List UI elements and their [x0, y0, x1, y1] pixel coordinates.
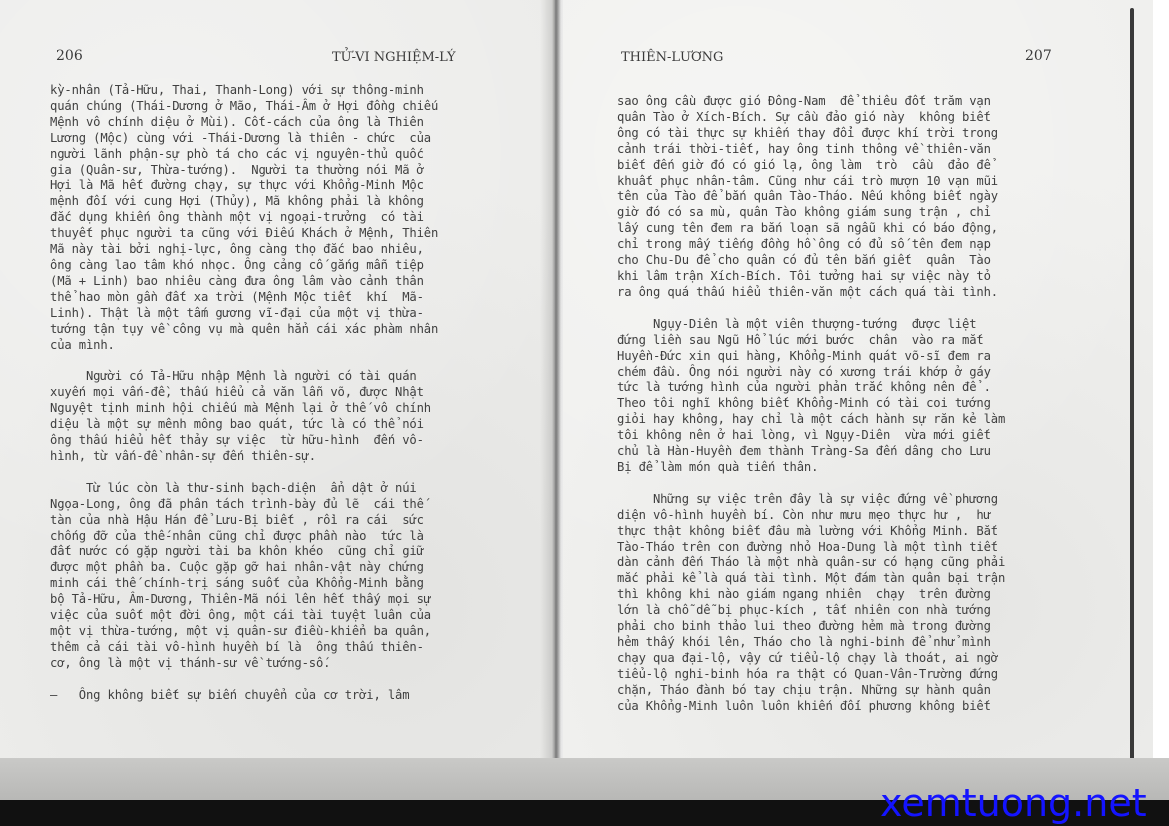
text-line: Tào-Tháo trên con đường nhỏ Hoa-Dung là … [617, 540, 1005, 556]
text-line: – Ông không biết sự biến chuyển của cơ t… [50, 688, 438, 704]
text-line: ra ông quá thấu hiểu thiên-văn một cách … [617, 285, 1005, 301]
text-line: tàn của nhà Hậu Hán để Lưu-Bị biết , rồi… [50, 513, 438, 529]
text-line: của mình. [50, 338, 438, 354]
text-line: đất nước có gặp người tài ba khôn khéo c… [50, 544, 438, 560]
text-line: chủ là Hàn-Huyền đem thành Tràng-Sa đến … [617, 444, 1005, 460]
text-line: thêm cả cái tài vô-hình huyền bí là ông … [50, 640, 438, 656]
text-line: khuất phục nhân-tâm. Cũng như cái trò mư… [617, 174, 1005, 190]
text-line: quân Tào ở Xích-Bích. Sự cầu đảo gió này… [617, 110, 1005, 126]
text-line: ông càng lao tâm khó nhọc. Ông cảng cố g… [50, 258, 438, 274]
text-line: việc của suốt một đời ông, một cái tài t… [50, 608, 438, 624]
text-line: chém đầu. Ông nói người này có xương trá… [617, 365, 1005, 381]
paragraph: Từ lúc còn là thư-sinh bạch-diện ẩn dật … [50, 481, 438, 672]
text-line: tên của Tào để bắn quân Tào-Tháo. Nếu kh… [617, 189, 1005, 205]
text-line: được một phần ba. Cuộc gặp gỡ hai nhân-v… [50, 560, 438, 576]
text-line: khi lâm trận Xích-Bích. Tôi tưởng hai sự… [617, 269, 1005, 285]
text-line: đắc dụng khiến ông thành một vị ngoại-tr… [50, 210, 438, 226]
right-page: THIÊN-LƯƠNG 207 sao ông cầu được gió Đôn… [563, 0, 1153, 758]
text-line: cảnh trái thời-tiết, hay ông tinh thông … [617, 142, 1005, 158]
text-line: hình, từ vấn-đề nhân-sự đến thiên-sự. [50, 449, 438, 465]
text-line: diện vô-hình huyền bí. Còn như mưu mẹo t… [617, 508, 1005, 524]
left-page: 206 TỬ-VI NGHIỆM-LÝ kỳ-nhân (Tả-Hữu, Tha… [0, 0, 556, 758]
text-line: mệnh đối với cung Hợi (Thủy), Mã không p… [50, 194, 438, 210]
right-page-body: sao ông cầu được gió Đông-Nam để thiêu đ… [617, 94, 1005, 715]
text-line: phải cho binh thảo lui theo đường hẻm mà… [617, 619, 1005, 635]
text-line: gia (Quân-sư, Thừa-tướng). Người ta thườ… [50, 163, 438, 179]
watermark: xemtuong.net [880, 780, 1147, 826]
text-line: hẻm thấy khói lên, Tháo cho là nghi-binh… [617, 635, 1005, 651]
text-line: ông thấu hiểu hết thảy sự việc từ hữu-hì… [50, 433, 438, 449]
right-page-number: 207 [1025, 48, 1052, 64]
text-line: Người có Tả-Hữu nhập Mệnh là người có tà… [50, 369, 438, 385]
text-line: thể hao mòn gần đất xa trời (Mệnh Mộc ti… [50, 290, 438, 306]
left-page-body: kỳ-nhân (Tả-Hữu, Thai, Thanh-Long) với s… [50, 83, 438, 704]
paragraph-gap [50, 672, 438, 688]
text-line: (Mã + Linh) bao nhiêu càng đưa ông lâm v… [50, 274, 438, 290]
text-line: một vị thừa-tướng, một vị quân-sư điều-k… [50, 624, 438, 640]
text-line: chạy qua đại-lộ, vậy cứ tiểu-lộ chạy là … [617, 651, 1005, 667]
text-line: người lãnh phận-sự phò tá cho các vị ngu… [50, 147, 438, 163]
left-page-number: 206 [56, 48, 83, 64]
text-line: Mã này tài bởi nghị-lực, ông càng thọ đắ… [50, 242, 438, 258]
text-line: Hợi là Mã hết đường chạy, sự thực với Kh… [50, 178, 438, 194]
book-spread: 206 TỬ-VI NGHIỆM-LÝ kỳ-nhân (Tả-Hữu, Tha… [0, 0, 1169, 826]
text-line: Lương (Mộc) cùng với -Thái-Dương là thiê… [50, 131, 438, 147]
text-line: Theo tôi nghĩ không biết Khổng-Minh có t… [617, 396, 1005, 412]
text-line: Những sự việc trên đây là sự việc đứng v… [617, 492, 1005, 508]
text-line: xuyến mọi vấn-đề, thấu hiểu cả văn lẫn v… [50, 385, 438, 401]
paragraph: sao ông cầu được gió Đông-Nam để thiêu đ… [617, 94, 1005, 301]
text-line: lớn là chỗ dễ bị phục-kích , tất nhiên c… [617, 603, 1005, 619]
paragraph: Ngụy-Diên là một viên thượng-tướng được … [617, 317, 1005, 476]
text-line: chặn, Tháo đành bó tay chịu trận. Những … [617, 683, 1005, 699]
text-line: tướng tận tụy về công vụ mà quên hẳn cái… [50, 322, 438, 338]
text-line: diệu là một sự mênh mông bao quát, tức l… [50, 417, 438, 433]
paragraph: Những sự việc trên đây là sự việc đứng v… [617, 492, 1005, 715]
text-line: lấy cung tên đem ra bắn loạn sã ngẫu khi… [617, 221, 1005, 237]
text-line: kỳ-nhân (Tả-Hữu, Thai, Thanh-Long) với s… [50, 83, 438, 99]
paragraph: kỳ-nhân (Tả-Hữu, Thai, Thanh-Long) với s… [50, 83, 438, 353]
text-line: cơ, ông là một vị thánh-sư về tướng-số. [50, 656, 438, 672]
text-line: chỉ trong mấy tiếng đồng hồ ông có đủ số… [617, 237, 1005, 253]
text-line: mắc phải kể là quá tài tình. Một đám tàn… [617, 571, 1005, 587]
text-line: dàn cảnh đến Tháo là một nhà quân-sư có … [617, 555, 1005, 571]
left-running-head: TỬ-VI NGHIỆM-LÝ [332, 50, 456, 65]
text-line: Linh). Thật là một tấm gương vĩ-đại của … [50, 306, 438, 322]
text-line: giỏi hay không, hay chỉ là một cách hành… [617, 412, 1005, 428]
text-line: đứng liền sau Ngũ Hổ lúc mới bước chân v… [617, 333, 1005, 349]
text-line: chống đỡ của thế-nhân cũng chỉ được phần… [50, 529, 438, 545]
text-line: sao ông cầu được gió Đông-Nam để thiêu đ… [617, 94, 1005, 110]
text-line: tức là tướng hình của người phản trắc kh… [617, 380, 1005, 396]
paragraph: Người có Tả-Hữu nhập Mệnh là người có tà… [50, 369, 438, 464]
right-running-head: THIÊN-LƯƠNG [621, 50, 723, 65]
paragraph-gap [50, 465, 438, 481]
text-line: Nguyệt tịnh minh hội chiếu mà Mệnh lại ở… [50, 401, 438, 417]
text-line: Từ lúc còn là thư-sinh bạch-diện ẩn dật … [50, 481, 438, 497]
text-line: thuyết phục người ta cũng với Điếu Khách… [50, 226, 438, 242]
text-line: Huyền-Đức xin qui hàng, Khổng-Minh quát … [617, 349, 1005, 365]
text-line: ông có tài thực sự khiến thay đổi được k… [617, 126, 1005, 142]
text-line: Ngụy-Diên là một viên thượng-tướng được … [617, 317, 1005, 333]
paragraph-gap [617, 301, 1005, 317]
text-line: quán chúng (Thái-Dương ở Mão, Thái-Âm ở … [50, 99, 438, 115]
text-line: Ngọa-Long, ông đã phân tách trình-bày đủ… [50, 497, 438, 513]
text-line: Bị để làm món quà tiến thân. [617, 460, 1005, 476]
text-line: tiểu-lộ nghi-binh hóa ra thật có Quan-Vâ… [617, 667, 1005, 683]
text-line: minh cái thế chính-trị sáng suốt của Khổ… [50, 576, 438, 592]
text-line: biết đến giờ đó có gió lạ, ông làm trò c… [617, 158, 1005, 174]
text-line: Mệnh vô chính diệu ở Mùi). Cốt-cách của … [50, 115, 438, 131]
paragraph-gap [617, 476, 1005, 492]
text-line: giờ đó có sa mù, quân Tào không giám sun… [617, 205, 1005, 221]
text-line: của Khổng-Minh luôn luôn khiến đối phươn… [617, 699, 1005, 715]
paragraph: – Ông không biết sự biến chuyển của cơ t… [50, 688, 438, 704]
paragraph-gap [50, 353, 438, 369]
text-line: cho Chu-Du để cho quân có đủ tên bắn giế… [617, 253, 1005, 269]
right-page-edge [1130, 8, 1134, 760]
text-line: tôi không nên ở hai lòng, vì Ngụy-Diên v… [617, 428, 1005, 444]
text-line: thì không khi nào giám ngang nhiên chạy … [617, 587, 1005, 603]
text-line: bộ Tả-Hữu, Âm-Dương, Thiên-Mã nói lên hế… [50, 592, 438, 608]
text-line: thực thật không biết đâu mà lường với Kh… [617, 524, 1005, 540]
